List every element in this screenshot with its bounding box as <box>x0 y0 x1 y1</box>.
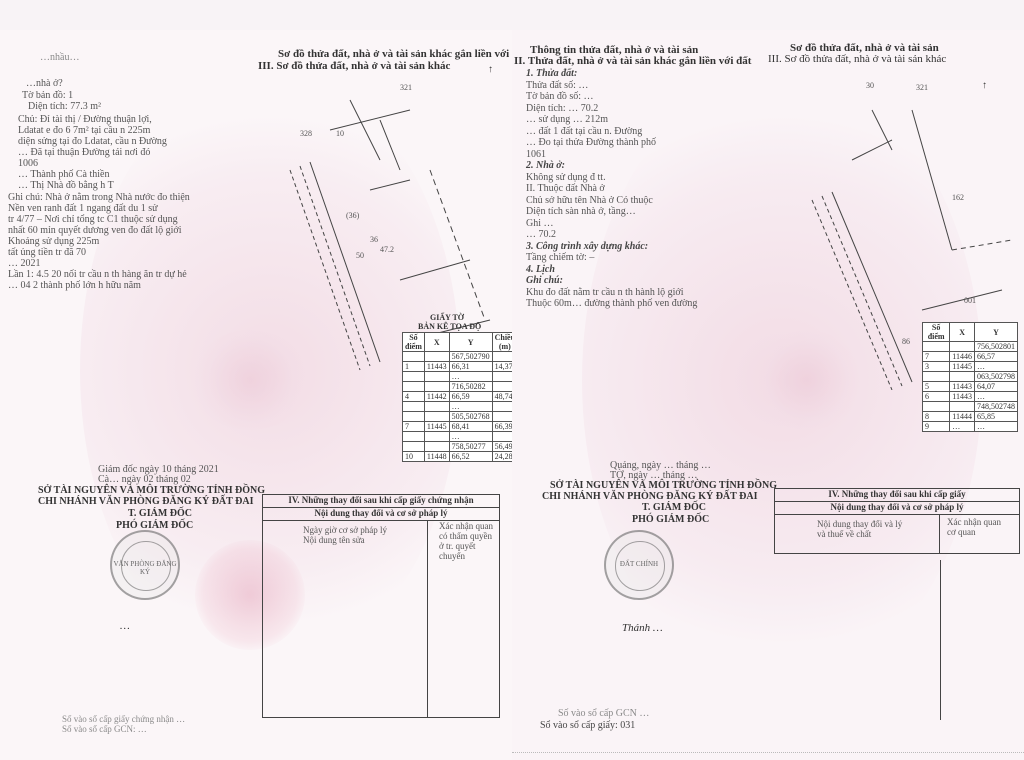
table-cell <box>923 342 950 352</box>
text-line: Thửa đất số: … <box>526 80 588 91</box>
text-line: 3. Công trình xây dựng khác: <box>526 241 648 252</box>
changes-box-right: IV. Những thay đổi sau khi cấp giấy Nội … <box>774 488 1020 554</box>
text-line: 2. Nhà ở: <box>526 160 565 171</box>
table-cell <box>923 402 950 412</box>
area-value: Diện tích: 77.3 m² <box>28 101 101 112</box>
table-cell: 66,59 <box>449 392 492 402</box>
table-cell <box>403 412 425 422</box>
table-cell <box>424 382 449 392</box>
table-cell <box>950 372 975 382</box>
signature-right: Thánh … <box>622 622 663 634</box>
map-title-line1: Sơ đồ thửa đất, nhà ở và tài sản khác gắ… <box>278 48 527 60</box>
text-line: … 2021 <box>8 258 41 269</box>
table-row: 716,50282 <box>403 382 518 392</box>
text-line: II. Thuộc đất Nhà ở <box>526 183 605 194</box>
table-cell: 11443 <box>950 382 975 392</box>
text-line: Khoảng sử dụng 225m <box>8 236 99 247</box>
table-header: X <box>424 333 449 352</box>
issuing-org-line1: SỞ TÀI NGUYÊN VÀ MÔI TRƯỜNG TỈNH ĐỒNG <box>550 480 777 491</box>
table-row: 41144266,5948,74 <box>403 392 518 402</box>
map-label: 321 <box>916 82 928 93</box>
signer-role-line2: PHÓ GIÁM ĐỐC <box>632 514 709 525</box>
table-cell: 11445 <box>950 362 975 372</box>
text-line: Diện tích sàn nhà ở, tầng… <box>526 206 636 217</box>
text-line: 4. Lịch <box>526 264 555 275</box>
text-line: Khu đo đất nằm tr cầu n th hành lộ giới <box>526 287 683 298</box>
text-line: … Thị Nhà đồ bằng h T <box>18 180 114 191</box>
table-cell: 1 <box>403 362 425 372</box>
table-row: … <box>403 372 518 382</box>
issuing-org-line2: CHI NHÁNH VĂN PHÒNG ĐĂNG KÝ ĐẤT ĐAI <box>542 491 757 502</box>
table-cell: 8 <box>923 412 950 422</box>
table-cell: 9 <box>923 422 950 432</box>
changes-col1-header: Nội dung thay đổi và cơ sở pháp lý <box>263 508 499 521</box>
north-arrow-icon: ↑ <box>488 64 493 75</box>
table-row: 101144866,5224,28 <box>403 452 518 462</box>
table-header: Y <box>975 323 1018 342</box>
changes-col1-line: Ngày giờ cơ sở pháp lý <box>303 525 387 535</box>
signer-role-line2: PHÓ GIÁM ĐỐC <box>116 520 193 531</box>
changes-col1-line: Nội dung thay đổi và lý <box>817 519 902 529</box>
north-arrow-icon: ↑ <box>982 80 987 91</box>
table-cell: 756,502801 <box>975 342 1018 352</box>
map-label: 47.2 <box>380 244 394 255</box>
table-row: 11144366,3114,37 <box>403 362 518 372</box>
official-stamp-left: VĂN PHÒNG ĐĂNG KÝ <box>110 530 180 600</box>
table-cell: 11446 <box>950 352 975 362</box>
table-row: 748,502748 <box>923 402 1018 412</box>
coord-table-left: Số điểmXYChiều (m) 567,50279011144366,31… <box>402 332 518 462</box>
table-cell: 11443 <box>424 362 449 372</box>
text-line: Ldatat e đo 6 7m² tại cầu n 225m <box>18 125 150 136</box>
perforation-line <box>512 752 1024 753</box>
table-header: Số điểm <box>403 333 425 352</box>
box-border-right <box>940 560 941 720</box>
table-cell: 758,50277 <box>449 442 492 452</box>
text-line: … sử dụng … 212m <box>526 114 608 125</box>
table-row: 9…… <box>923 422 1018 432</box>
text-line: … Đã tại thuận Đường tái nơi đó <box>18 147 150 158</box>
text-line: … Đo tại thửa Đường thành phố <box>526 137 656 148</box>
text-line: 1. Thửa đất: <box>526 68 577 79</box>
table-cell: 11444 <box>950 412 975 422</box>
table-cell <box>403 352 425 362</box>
map-label: 36 <box>370 234 378 245</box>
text-line: Tờ bản đồ số: … <box>526 91 594 102</box>
text-line: Chủ: Đỉ tài thị / Đường thuận lợi, <box>18 114 152 125</box>
map-label: 50 <box>356 250 364 261</box>
table-cell: 7 <box>923 352 950 362</box>
table-cell: 66,31 <box>449 362 492 372</box>
table-cell: … <box>449 372 492 382</box>
info-title-line2: II. Thửa đất, nhà ở và tài sản khác gắn … <box>514 55 751 67</box>
header-fragment: …nhầu… <box>40 52 79 63</box>
text-line: … Thành phố Cà thiền <box>18 169 109 180</box>
table-cell <box>424 442 449 452</box>
right-page: Thông tin thửa đất, nhà ở và tài sản II.… <box>512 30 1024 760</box>
table-cell: 11442 <box>424 392 449 402</box>
table-cell <box>424 372 449 382</box>
signer-role-line1: T. GIÁM ĐỐC <box>642 502 706 513</box>
table-row: 71144666,57 <box>923 352 1018 362</box>
table-row: 311445… <box>923 362 1018 372</box>
changes-col1-header: Nội dung thay đổi và cơ sở pháp lý <box>775 502 1019 515</box>
text-line: nhất 60 mỉn quyết dương ven đo đất lộ gi… <box>8 225 181 236</box>
text-line: … 70.2 <box>526 229 556 240</box>
table-cell: 5 <box>923 382 950 392</box>
table-cell <box>424 412 449 422</box>
column-divider <box>939 515 940 553</box>
table-row: 505,502768 <box>403 412 518 422</box>
table-cell: 7 <box>403 422 425 432</box>
text-line: Tầng chiếm tờ: – <box>526 252 594 263</box>
table-cell <box>403 432 425 442</box>
map-label: 10 <box>336 128 344 139</box>
table-cell: 748,502748 <box>975 402 1018 412</box>
table-cell: 65,85 <box>975 412 1018 422</box>
table-cell: 3 <box>923 362 950 372</box>
table-row: 756,502801 <box>923 342 1018 352</box>
table-cell: 66,52 <box>449 452 492 462</box>
text-line: Không sử dụng đ tt. <box>526 172 606 183</box>
table-cell: 68,41 <box>449 422 492 432</box>
map-sheet-no: Tờ bản đồ: 1 <box>22 90 73 101</box>
table-cell: 716,50282 <box>449 382 492 392</box>
changes-col2-line: Xác nhận quan <box>947 517 1001 527</box>
table-cell <box>424 402 449 412</box>
table-cell: … <box>449 432 492 442</box>
official-stamp-right: ĐẤT CHÍNH <box>604 530 674 600</box>
text-line: tr 4/77 – Nơi chỉ tổng tc C1 thuộc sử dụ… <box>8 214 178 225</box>
table-row: … <box>403 432 518 442</box>
column-divider <box>427 521 428 717</box>
coord-table-right: Số điểmXY 756,50280171144666,57311445…06… <box>922 322 1018 432</box>
table-row: … <box>403 402 518 412</box>
text-line: diện sửng tại đo Ldatat, cầu n Đường <box>18 136 167 147</box>
issuing-org-line1: SỞ TÀI NGUYÊN VÀ MÔI TRƯỜNG TỈNH ĐỒNG <box>38 485 265 496</box>
changes-col2-line: chuyển <box>439 551 465 561</box>
changes-box-left: IV. Những thay đổi sau khi cấp giấy chứn… <box>262 494 500 718</box>
table-cell: 4 <box>403 392 425 402</box>
changes-col2-line: Xác nhận quan <box>439 521 493 531</box>
table-cell: 64,07 <box>975 382 1018 392</box>
changes-col1-line: và thuế về chất <box>817 529 871 539</box>
table-header: Y <box>449 333 492 352</box>
register-number-line2: Số vào sổ cấp GCN: … <box>62 724 147 735</box>
text-line: Thuộc 60m… đường thành phố ven đường <box>526 298 697 309</box>
table-row: 567,502790 <box>403 352 518 362</box>
table-cell: 10 <box>403 452 425 462</box>
text-line: Nền ven ranh đất 1 ngang đất du 1 sử <box>8 203 158 214</box>
table-cell <box>923 372 950 382</box>
table-header: X <box>950 323 975 342</box>
table-cell: … <box>449 402 492 412</box>
table-cell <box>950 402 975 412</box>
changes-col2-line: có thẩm quyền <box>439 531 492 541</box>
signer-role-line1: T. GIÁM ĐỐC <box>128 508 192 519</box>
table-cell <box>403 402 425 412</box>
text-line: Diện tích: … 70.2 <box>526 103 598 114</box>
register-number-line2: Sổ vào sổ cấp giấy: 031 <box>540 720 635 731</box>
map-label: 162 <box>952 192 964 203</box>
table-cell: … <box>950 422 975 432</box>
text-line: 1061 <box>526 149 546 160</box>
table-row: 611443… <box>923 392 1018 402</box>
table-cell: … <box>975 422 1018 432</box>
coord-table-subtitle: BẢN KÊ TỌA ĐỘ <box>418 321 481 332</box>
table-cell: … <box>975 362 1018 372</box>
map-label: (36) <box>346 210 359 221</box>
text-line: Chủ sở hữu tên Nhà ở Có thuộc <box>526 195 653 206</box>
map-label: 30 <box>866 80 874 91</box>
table-cell <box>403 442 425 452</box>
text-line: … 04 2 thành phố lớn h hữu năm <box>8 280 141 291</box>
table-cell: 11448 <box>424 452 449 462</box>
map-label: 328 <box>300 128 312 139</box>
left-page: …nhầu… …nhà ở? Tờ bản đồ: 1 Diện tích: 7… <box>0 30 512 760</box>
changes-col1-line: Nội dung tên sửa <box>303 535 365 545</box>
table-row: 063,502798 <box>923 372 1018 382</box>
table-cell: 567,502790 <box>449 352 492 362</box>
text-line: Ghi … <box>526 218 554 229</box>
table-cell: 063,502798 <box>975 372 1018 382</box>
table-row: 81144465,85 <box>923 412 1018 422</box>
changes-box-title: IV. Những thay đổi sau khi cấp giấy <box>775 489 1019 502</box>
header-fragment: …nhà ở? <box>26 78 63 89</box>
text-line: Lần 1: 4.5 20 nối tr cầu n th hàng ăn tr… <box>8 269 187 280</box>
table-cell: 11443 <box>950 392 975 402</box>
changes-col2-line: cơ quan <box>947 527 976 537</box>
table-row: 758,5027756,49 <box>403 442 518 452</box>
table-cell: 6 <box>923 392 950 402</box>
text-line: Ghi chú: Nhà ở nằm trong Nhà nước đo thi… <box>8 192 190 203</box>
text-line: … đất 1 đất tại cầu n. Đường <box>526 126 642 137</box>
signature-left: … <box>120 620 130 632</box>
scan-top-margin <box>0 0 1024 30</box>
text-line: 1006 <box>18 158 38 169</box>
table-cell <box>403 382 425 392</box>
map-label: 001 <box>964 295 976 306</box>
table-header: Số điểm <box>923 323 950 342</box>
register-number-line1: Số vào sổ cấp GCN … <box>558 708 649 719</box>
text-line: Ghi chú: <box>526 275 563 286</box>
changes-box-title: IV. Những thay đổi sau khi cấp giấy chứn… <box>263 495 499 508</box>
changes-col2-line: ở tr. quyết <box>439 541 476 551</box>
table-row: 51144364,07 <box>923 382 1018 392</box>
table-cell <box>950 342 975 352</box>
table-cell: 66,57 <box>975 352 1018 362</box>
map-title-line2: III. Sơ đồ thửa đất, nhà ở và tài sản kh… <box>768 53 946 65</box>
table-cell <box>424 432 449 442</box>
issuing-org-line2: CHI NHÁNH VĂN PHÒNG ĐĂNG KÝ ĐẤT ĐAI <box>38 496 253 507</box>
text-line: tất ủng tiền tr đã 70 <box>8 247 86 258</box>
table-cell <box>424 352 449 362</box>
table-row: 71144568,4166,39 <box>403 422 518 432</box>
map-label: 321 <box>400 82 412 93</box>
issue-date-line2: Cà… ngày 02 tháng 02 <box>98 474 191 485</box>
table-cell: … <box>975 392 1018 402</box>
table-cell: 11445 <box>424 422 449 432</box>
map-label: 86 <box>902 336 910 347</box>
table-cell <box>403 372 425 382</box>
table-cell: 505,502768 <box>449 412 492 422</box>
